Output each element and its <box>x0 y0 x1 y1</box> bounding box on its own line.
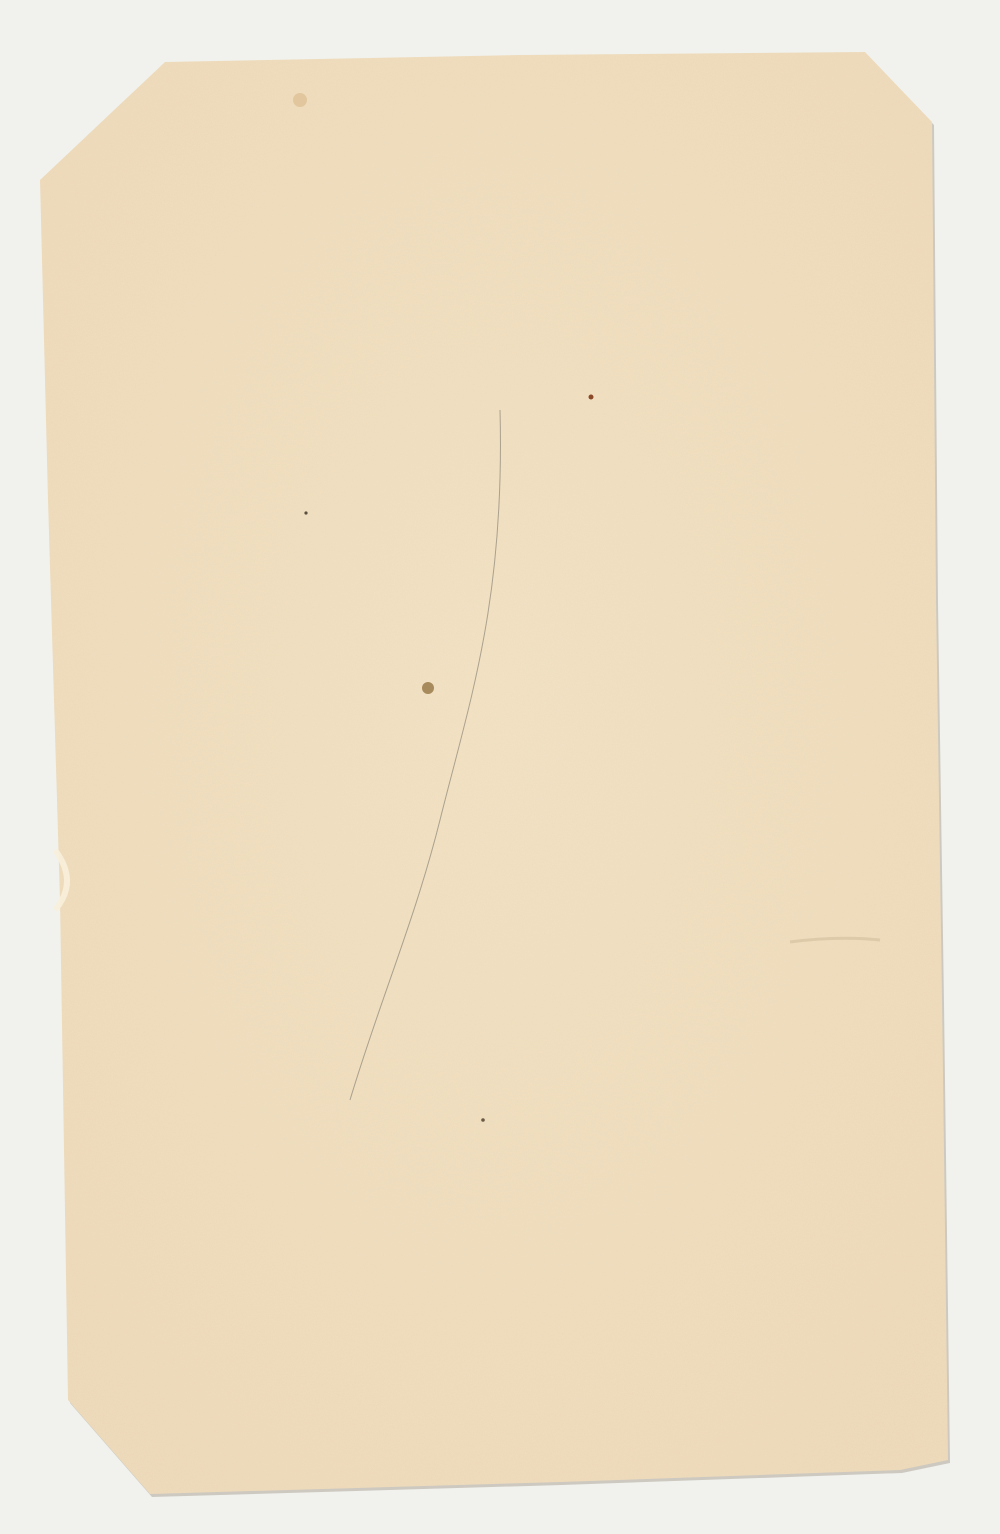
small-dot-2 <box>481 1118 485 1122</box>
card-illustration <box>0 0 1000 1534</box>
card <box>40 52 948 1494</box>
rust-dot <box>589 395 594 400</box>
scan-scene <box>0 0 1000 1534</box>
brown-spot <box>422 682 434 694</box>
stain <box>293 93 307 107</box>
small-dot-1 <box>304 511 307 514</box>
